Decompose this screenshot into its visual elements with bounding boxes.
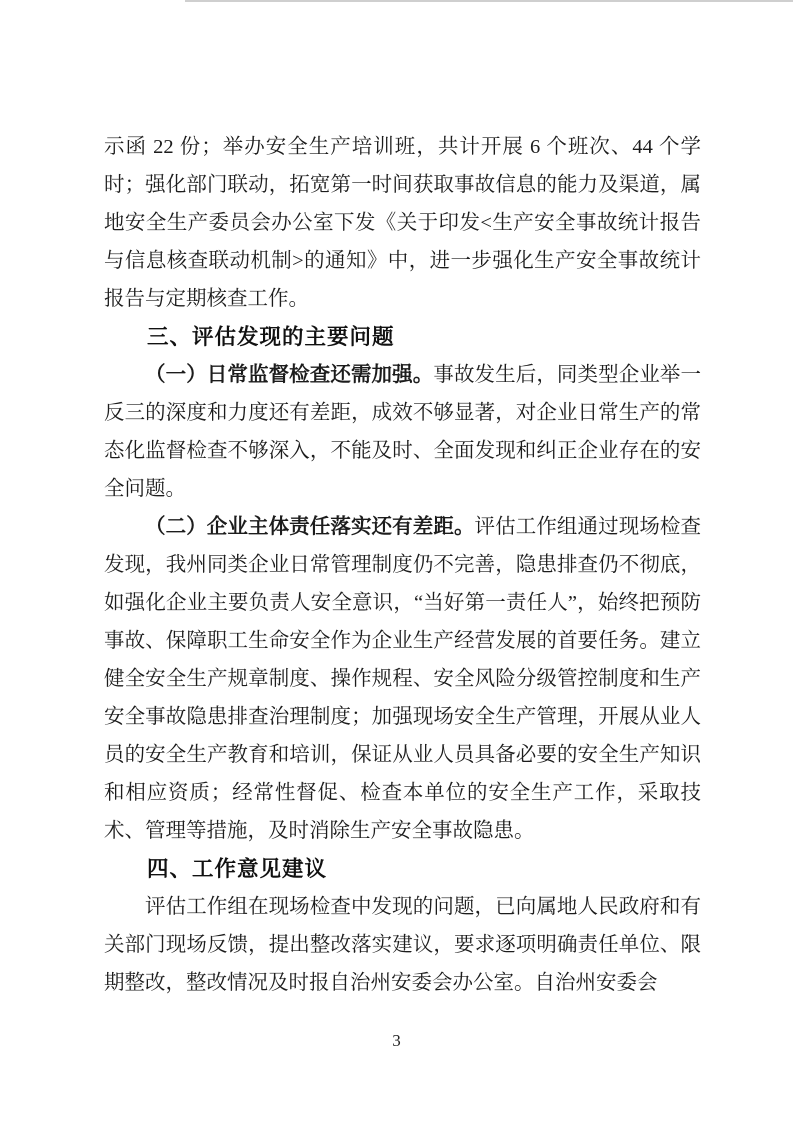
item-1-lead: （一）日常监督检查还需加强。 [145, 364, 433, 386]
item-2-text: 评估工作组通过现场检查发现，我州同类企业日常管理制度仍不完善，隐患排查仍不彻底，… [104, 516, 701, 842]
document-body: 示函 22 份；举办安全生产培训班，共计开展 6 个班次、44 个学时；强化部门… [104, 128, 701, 1002]
document-page: 示函 22 份；举办安全生产培训班，共计开展 6 个班次、44 个学时；强化部门… [0, 0, 793, 1122]
section-3-heading: 三、评估发现的主要问题 [104, 318, 701, 356]
paragraph-continued: 示函 22 份；举办安全生产培训班，共计开展 6 个班次、44 个学时；强化部门… [104, 128, 701, 318]
section-4-paragraph: 评估工作组在现场检查中发现的问题，已向属地人民政府和有关部门现场反馈，提出整改落… [104, 888, 701, 1002]
section-3-item-2: （二）企业主体责任落实还有差距。评估工作组通过现场检查发现，我州同类企业日常管理… [104, 508, 701, 850]
section-4-heading: 四、工作意见建议 [104, 850, 701, 888]
page-number: 3 [392, 1031, 401, 1050]
scan-edge-line [185, 0, 793, 2]
section-3-item-1: （一）日常监督检查还需加强。事故发生后，同类型企业举一反三的深度和力度还有差距，… [104, 356, 701, 508]
item-2-lead: （二）企业主体责任落实还有差距。 [145, 516, 475, 538]
page-footer: 3 [0, 1031, 793, 1051]
